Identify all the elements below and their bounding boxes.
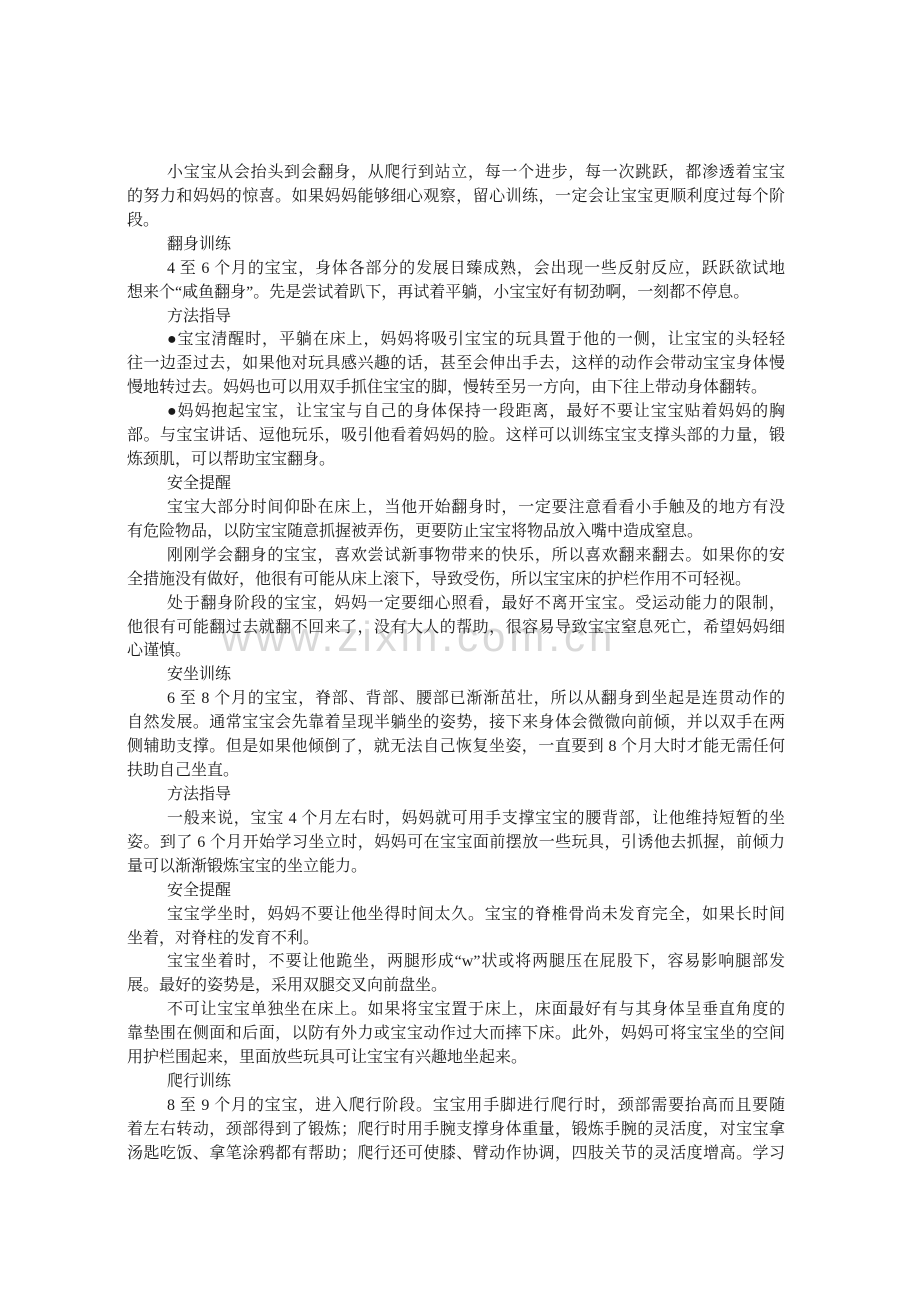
body-text-line: 坐着，对脊柱的发育不利。 <box>127 927 785 951</box>
body-text-line: 宝宝大部分时间仰卧在床上，当他开始翻身时，一定要注意看看小手触及的地方有没 <box>127 496 785 520</box>
section-heading-line: 方法指导 <box>127 783 785 807</box>
body-text-line: 心谨慎。 <box>127 639 785 663</box>
section-heading-line: 爬行训练 <box>127 1070 785 1094</box>
body-text-line: 着左右转动，颈部得到了锻炼；爬行时用手腕支撑身体重量，锻炼手腕的灵活度，对宝宝拿 <box>127 1118 785 1142</box>
body-text-line: 不可让宝宝单独坐在床上。如果将宝宝置于床上，床面最好有与其身体呈垂直角度的 <box>127 998 785 1022</box>
body-text-line: 侧辅助支撑。但是如果他倾倒了，就无法自己恢复坐姿，一直要到 8 个月大时才能无需… <box>127 735 785 759</box>
body-text-line: 小宝宝从会抬头到会翻身，从爬行到站立，每一个进步，每一次跳跃，都渗透着宝宝 <box>127 161 785 185</box>
body-text-line: 6 至 8 个月的宝宝，脊部、背部、腰部已渐渐茁壮，所以从翻身到坐起是连贯动作的 <box>127 687 785 711</box>
body-text-line: ●妈妈抱起宝宝，让宝宝与自己的身体保持一段距离，最好不要让宝宝贴着妈妈的胸 <box>127 400 785 424</box>
body-text-line: 他很有可能翻过去就翻不回来了，没有大人的帮助，很容易导致宝宝窒息死亡，希望妈妈细 <box>127 616 785 640</box>
body-text-line: 展。最好的姿势是，采用双腿交叉向前盘坐。 <box>127 974 785 998</box>
body-text-line: 段。 <box>127 209 785 233</box>
body-text-line: 往一边歪过去，如果他对玩具感兴趣的话，甚至会伸出手去，这样的动作会带动宝宝身体慢 <box>127 352 785 376</box>
body-text-line: 有危险物品，以防宝宝随意抓握被弄伤，更要防止宝宝将物品放入嘴中造成窒息。 <box>127 520 785 544</box>
body-text-line: 的努力和妈妈的惊喜。如果妈妈能够细心观察，留心训练，一定会让宝宝更顺利度过每个阶 <box>127 185 785 209</box>
section-heading-line: 安全提醒 <box>127 472 785 496</box>
body-text-line: 处于翻身阶段的宝宝，妈妈一定要细心照看，最好不离开宝宝。受运动能力的限制， <box>127 592 785 616</box>
text-block: 小宝宝从会抬头到会翻身，从爬行到站立，每一个进步，每一次跳跃，都渗透着宝宝的努力… <box>127 161 785 1166</box>
body-text-line: 想来个“咸鱼翻身”。先是尝试着趴下，再试着平躺，小宝宝好有韧劲啊，一刻都不停息。 <box>127 281 785 305</box>
body-text-line: 自然发展。通常宝宝会先靠着呈现半躺坐的姿势，接下来身体会微微向前倾，并以双手在两 <box>127 711 785 735</box>
body-text-line: 刚刚学会翻身的宝宝，喜欢尝试新事物带来的快乐，所以喜欢翻来翻去。如果你的安 <box>127 544 785 568</box>
document-page: www.zixin.com.cn 小宝宝从会抬头到会翻身，从爬行到站立，每一个进… <box>0 0 920 1302</box>
body-text-line: 炼颈肌，可以帮助宝宝翻身。 <box>127 448 785 472</box>
body-text-line: 扶助自己坐直。 <box>127 759 785 783</box>
body-text-line: 宝宝坐着时，不要让他跪坐，两腿形成“w”状或将两腿压在屁股下，容易影响腿部发 <box>127 950 785 974</box>
body-text-line: 8 至 9 个月的宝宝，进入爬行阶段。宝宝用手脚进行爬行时，颈部需要抬高而且要随 <box>127 1094 785 1118</box>
body-text-line: 慢地转过去。妈妈也可以用双手抓住宝宝的脚，慢转至另一方向，由下往上带动身体翻转。 <box>127 376 785 400</box>
body-text-line: 4 至 6 个月的宝宝，身体各部分的发展日臻成熟，会出现一些反射反应，跃跃欲试地 <box>127 257 785 281</box>
section-heading-line: 方法指导 <box>127 305 785 329</box>
section-heading-line: 安全提醒 <box>127 879 785 903</box>
body-text-line: 部。与宝宝讲话、逗他玩乐，吸引他看着妈妈的脸。这样可以训练宝宝支撑头部的力量，锻 <box>127 424 785 448</box>
body-text-line: 靠垫围在侧面和后面，以防有外力或宝宝动作过大而摔下床。此外，妈妈可将宝宝坐的空间 <box>127 1022 785 1046</box>
section-heading-line: 安坐训练 <box>127 663 785 687</box>
body-text-line: 汤匙吃饭、拿笔涂鸦都有帮助；爬行还可使膝、臂动作协调，四肢关节的灵活度增高。学习 <box>127 1142 785 1166</box>
body-text-line: 一般来说，宝宝 4 个月左右时，妈妈就可用手支撑宝宝的腰背部，让他维持短暂的坐 <box>127 807 785 831</box>
body-text-line: ●宝宝清醒时，平躺在床上，妈妈将吸引宝宝的玩具置于他的一侧，让宝宝的头轻轻 <box>127 328 785 352</box>
body-text-line: 量可以渐渐锻炼宝宝的坐立能力。 <box>127 855 785 879</box>
body-text-line: 姿。到了 6 个月开始学习坐立时，妈妈可在宝宝面前摆放一些玩具，引诱他去抓握，前… <box>127 831 785 855</box>
body-text-line: 全措施没有做好，他很有可能从床上滚下，导致受伤，所以宝宝床的护栏作用不可轻视。 <box>127 568 785 592</box>
body-text-line: 用护栏围起来，里面放些玩具可让宝宝有兴趣地坐起来。 <box>127 1046 785 1070</box>
section-heading-line: 翻身训练 <box>127 233 785 257</box>
body-text-line: 宝宝学坐时，妈妈不要让他坐得时间太久。宝宝的脊椎骨尚未发育完全，如果长时间 <box>127 903 785 927</box>
